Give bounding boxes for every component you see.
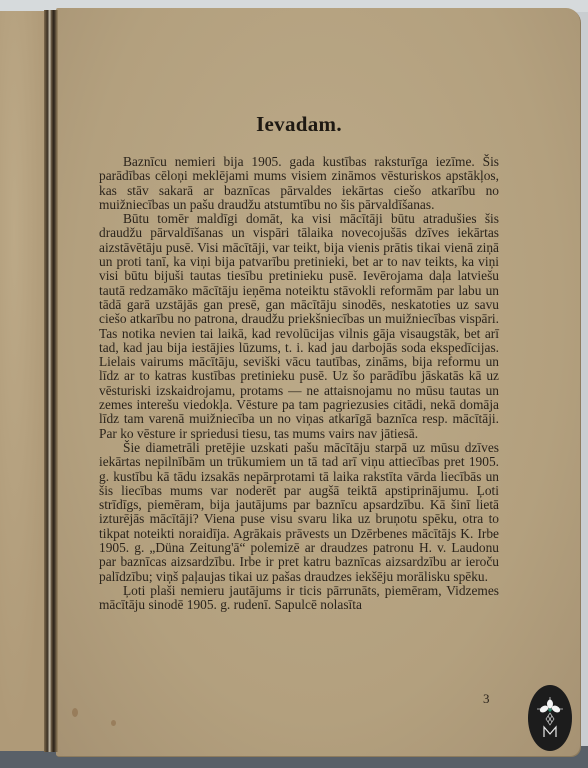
watermark-logo bbox=[528, 685, 572, 751]
page-number: 3 bbox=[483, 691, 490, 707]
paragraph: Baznīcu nemieri bija 1905. gada kustības… bbox=[99, 155, 499, 212]
flower-monogram-icon bbox=[535, 695, 565, 741]
chapter-title: Ievadam. bbox=[99, 112, 499, 137]
page-stain bbox=[72, 708, 78, 717]
book-spine bbox=[44, 10, 58, 752]
paragraph: Šie diametrāli pretējie uzskati pašu māc… bbox=[99, 441, 499, 584]
page-stain bbox=[111, 720, 116, 726]
left-page-edge bbox=[0, 11, 48, 751]
page-content: Ievadam. Baznīcu nemieri bija 1905. gada… bbox=[99, 112, 499, 613]
paragraph: Ļoti plaši nemieru jautājums ir ticis pā… bbox=[99, 584, 499, 613]
paragraph: Būtu tomēr maldīgi domāt, ka visi mācītā… bbox=[99, 212, 499, 441]
